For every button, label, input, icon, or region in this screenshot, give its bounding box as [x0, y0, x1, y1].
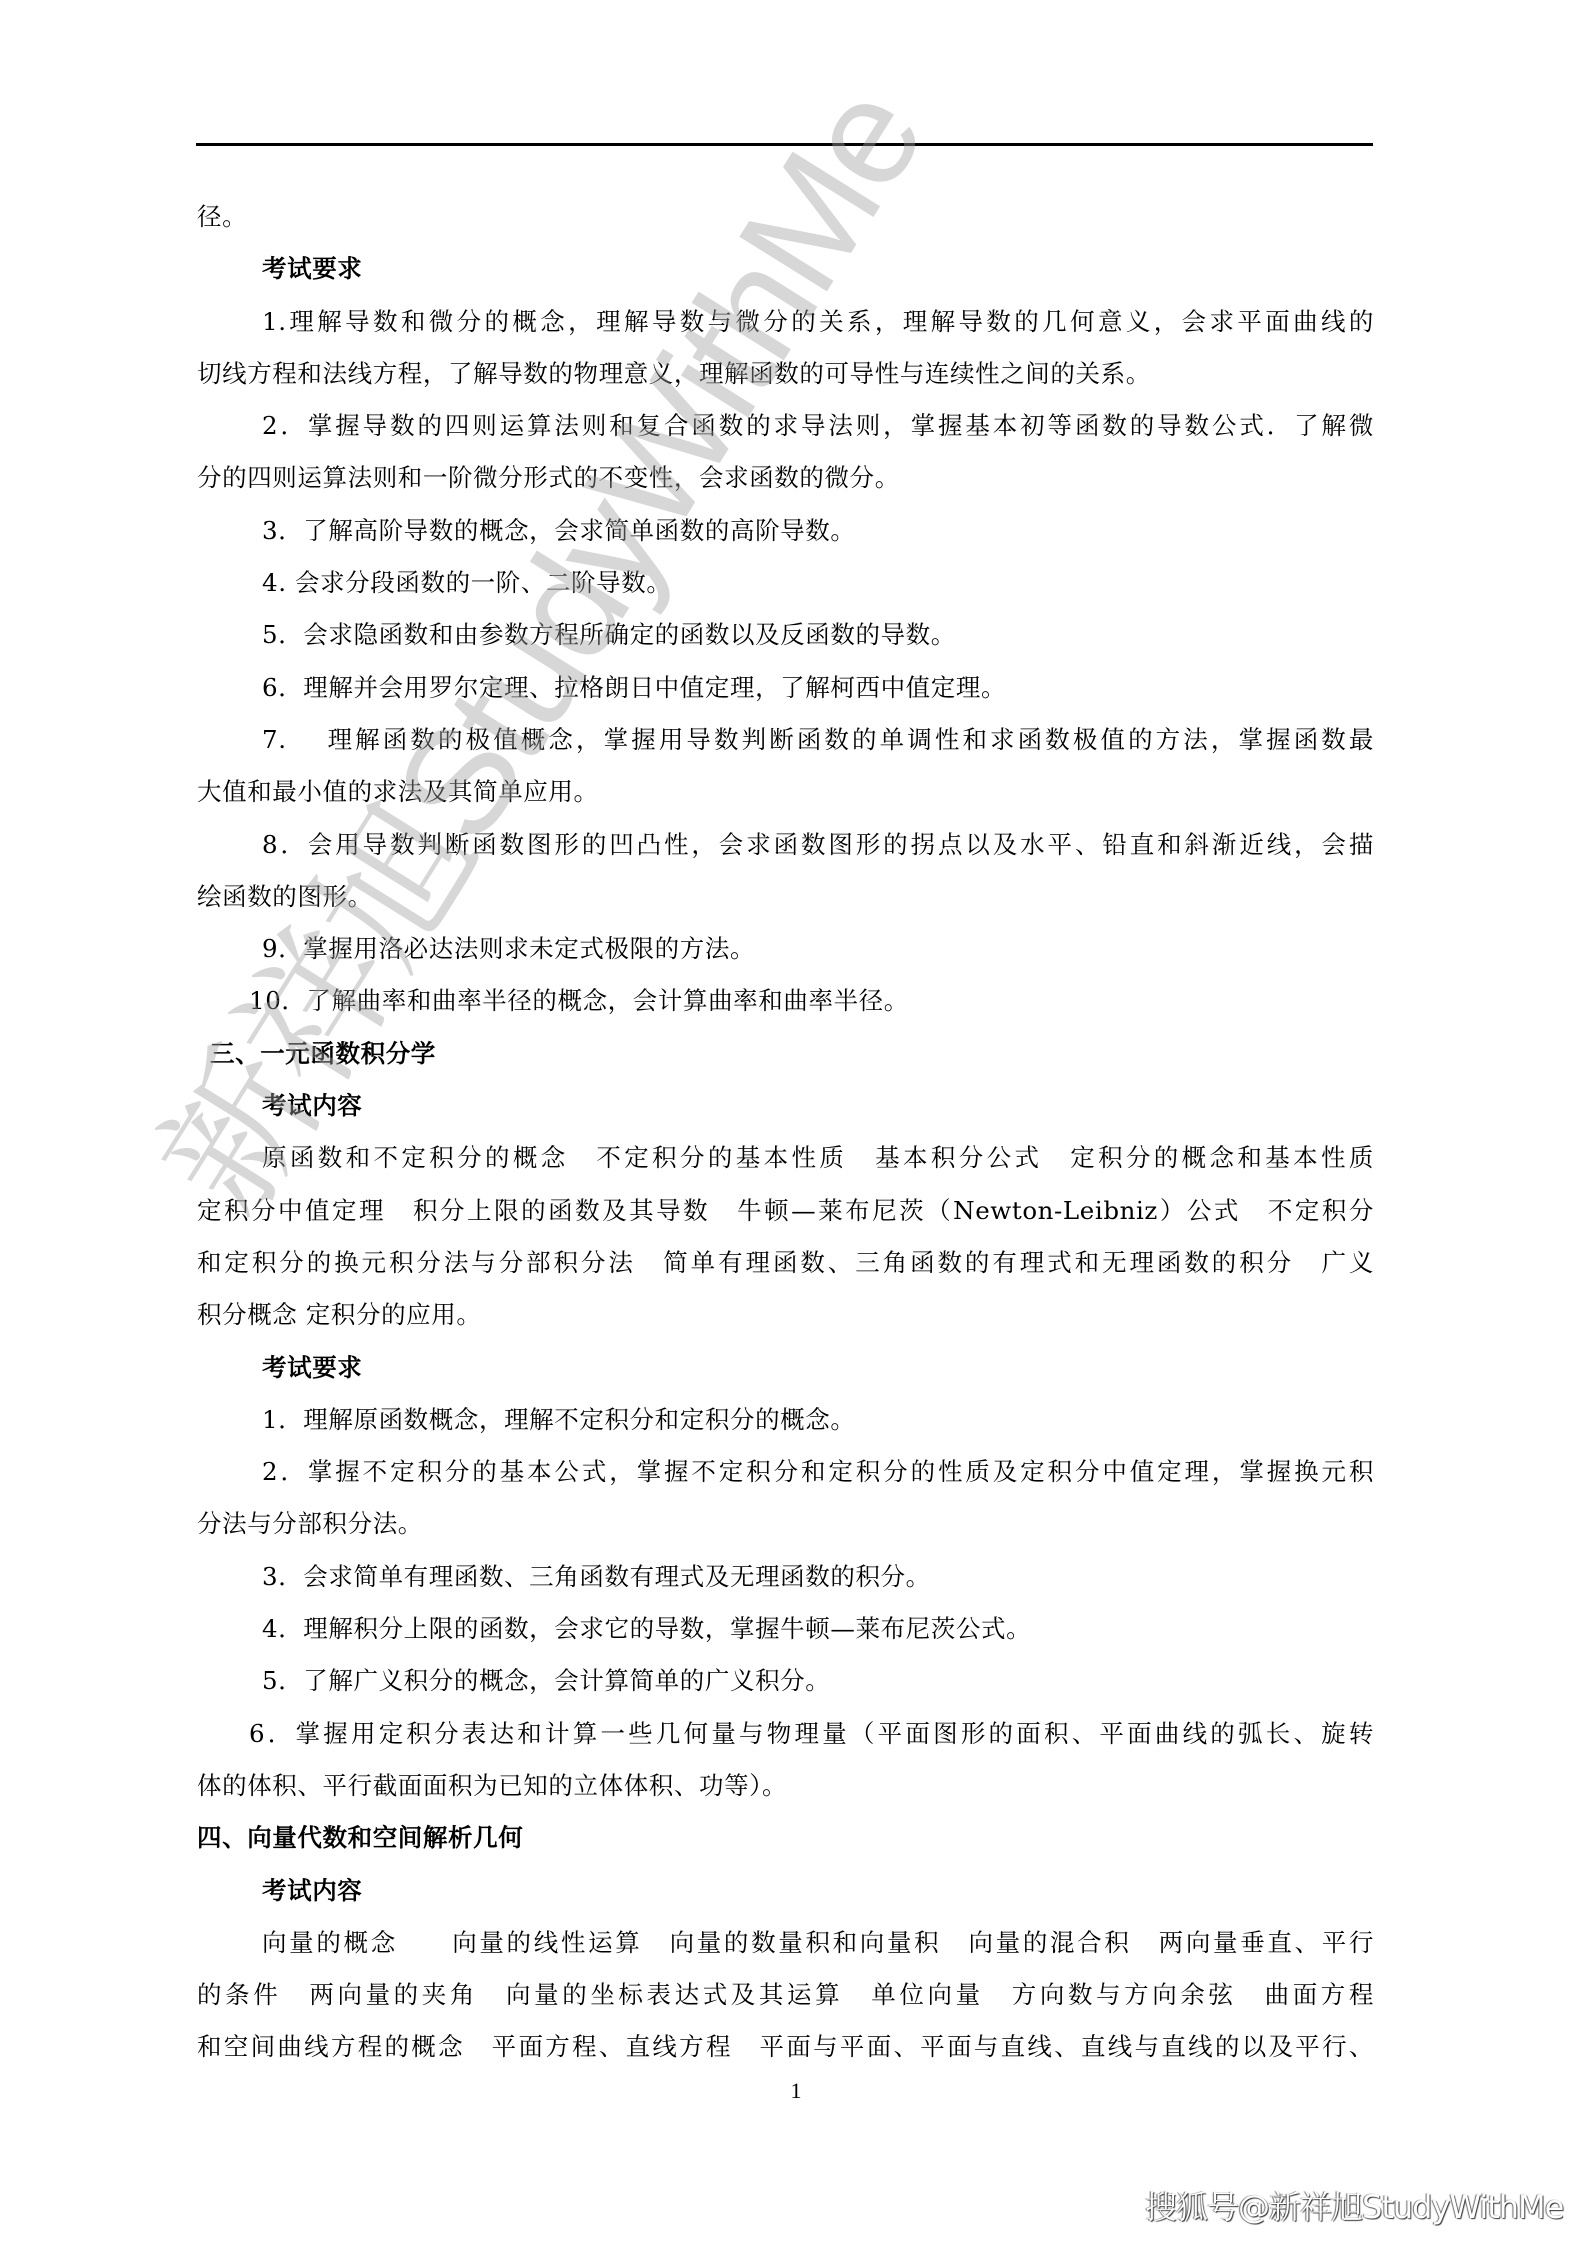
subheading-exam-requirements-2: 考试要求 — [197, 1342, 1374, 1394]
vector-content-line-2: 的条件 两向量的夹角 向量的坐标表达式及其运算 单位向量 方向数与方向余弦 曲面… — [197, 1969, 1374, 2021]
requirement-item-7-cont: 大值和最小值的求法及其简单应用。 — [197, 766, 1374, 818]
requirement-item-9: 9．掌握用洛必达法则求未定式极限的方法。 — [197, 923, 1374, 975]
requirement-item-1-cont: 切线方程和法线方程，了解导数的物理意义，理解函数的可导性与连续性之间的关系。 — [197, 348, 1374, 400]
content-paragraph-line-2: 定积分中值定理 积分上限的函数及其导数 牛顿—莱布尼茨（Newton-Leibn… — [197, 1185, 1374, 1237]
requirement-item-2: 2．掌握导数的四则运算法则和复合函数的求导法则，掌握基本初等函数的导数公式．了解… — [197, 400, 1374, 452]
page-number: 1 — [786, 2078, 806, 2104]
requirement-item-2-cont: 分的四则运算法则和一阶微分形式的不变性，会求函数的微分。 — [197, 452, 1374, 504]
section-heading-3: 三、一元函数积分学 — [197, 1028, 1374, 1080]
subheading-exam-content-2: 考试内容 — [197, 1865, 1374, 1917]
integral-requirement-6: 6．掌握用定积分表达和计算一些几何量与物理量（平面图形的面积、平面曲线的弧长、旋… — [197, 1708, 1374, 1760]
content-paragraph-line-4: 积分概念 定积分的应用。 — [197, 1289, 1374, 1341]
vector-content-line-1: 向量的概念 向量的线性运算 向量的数量积和向量积 向量的混合积 两向量垂直、平行 — [197, 1917, 1374, 1969]
footer-watermark: 搜狐号@新祥旭StudyWithMe — [1145, 2182, 1563, 2228]
requirement-item-7: 7. 理解函数的极值概念，掌握用导数判断函数的单调性和求函数极值的方法，掌握函数… — [197, 714, 1374, 766]
integral-requirement-5: 5．了解广义积分的概念，会计算简单的广义积分。 — [197, 1655, 1374, 1707]
requirement-item-10: 10．了解曲率和曲率半径的概念，会计算曲率和曲率半径。 — [197, 975, 1374, 1027]
integral-requirement-6-cont: 体的体积、平行截面面积为已知的立体体积、功等）。 — [197, 1760, 1374, 1812]
continuation-line: 径。 — [197, 191, 1374, 243]
integral-requirement-3: 3．会求简单有理函数、三角函数有理式及无理函数的积分。 — [197, 1551, 1374, 1603]
integral-requirement-2: 2．掌握不定积分的基本公式，掌握不定积分和定积分的性质及定积分中值定理，掌握换元… — [197, 1446, 1374, 1498]
content-paragraph-line-3: 和定积分的换元积分法与分部积分法 简单有理函数、三角函数的有理式和无理函数的积分… — [197, 1237, 1374, 1289]
requirement-item-8-cont: 绘函数的图形。 — [197, 871, 1374, 923]
integral-requirement-4: 4．理解积分上限的函数，会求它的导数，掌握牛顿—莱布尼茨公式。 — [197, 1603, 1374, 1655]
subheading-exam-requirements: 考试要求 — [197, 243, 1374, 295]
header-rule — [196, 143, 1373, 146]
requirement-item-4: 4. 会求分段函数的一阶、二阶导数。 — [197, 557, 1374, 609]
document-page: 径。 考试要求 1.理解导数和微分的概念，理解导数与微分的关系，理解导数的几何意… — [0, 0, 1587, 2245]
integral-requirement-2-cont: 分法与分部积分法。 — [197, 1498, 1374, 1550]
requirement-item-6: 6．理解并会用罗尔定理、拉格朗日中值定理，了解柯西中值定理。 — [197, 662, 1374, 714]
requirement-item-1: 1.理解导数和微分的概念，理解导数与微分的关系，理解导数的几何意义，会求平面曲线… — [197, 296, 1374, 348]
requirement-item-3: 3．了解高阶导数的概念，会求简单函数的高阶导数。 — [197, 505, 1374, 557]
vector-content-line-3: 和空间曲线方程的概念 平面方程、直线方程 平面与平面、平面与直线、直线与直线的以… — [197, 2021, 1374, 2073]
subheading-exam-content: 考试内容 — [197, 1080, 1374, 1132]
integral-requirement-1: 1．理解原函数概念，理解不定积分和定积分的概念。 — [197, 1394, 1374, 1446]
requirement-item-8: 8．会用导数判断函数图形的凹凸性，会求函数图形的拐点以及水平、铅直和斜渐近线，会… — [197, 819, 1374, 871]
section-heading-4: 四、向量代数和空间解析几何 — [197, 1812, 1374, 1864]
requirement-item-5: 5．会求隐函数和由参数方程所确定的函数以及反函数的导数。 — [197, 609, 1374, 661]
document-body: 径。 考试要求 1.理解导数和微分的概念，理解导数与微分的关系，理解导数的几何意… — [197, 191, 1374, 2074]
content-paragraph-line-1: 原函数和不定积分的概念 不定积分的基本性质 基本积分公式 定积分的概念和基本性质 — [197, 1132, 1374, 1184]
